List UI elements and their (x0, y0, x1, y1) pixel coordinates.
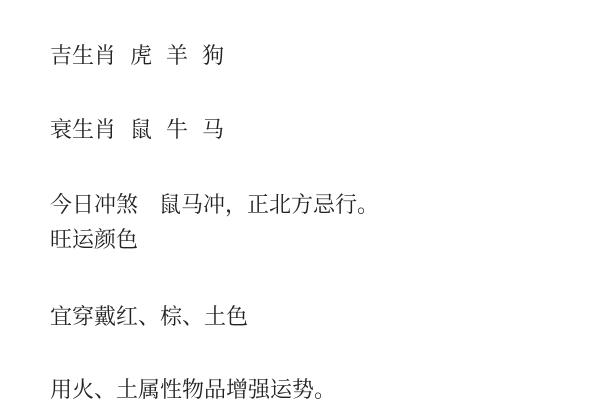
elements-advice-line: 用火、土属性物品增强运势。 (50, 378, 336, 400)
lucky-color-heading: 旺运颜色 (50, 228, 138, 254)
document-page: 吉生肖 虎 羊 狗 衰生肖 鼠 牛 马 今日冲煞 鼠马冲，正北方忌行。 旺运颜色… (0, 0, 600, 400)
unlucky-zodiac-line: 衰生肖 鼠 牛 马 (50, 118, 224, 144)
daily-clash-line: 今日冲煞 鼠马冲，正北方忌行。 (50, 193, 379, 219)
wear-colors-line: 宜穿戴红、棕、土色 (50, 305, 248, 331)
lucky-zodiac-line: 吉生肖 虎 羊 狗 (50, 44, 224, 70)
